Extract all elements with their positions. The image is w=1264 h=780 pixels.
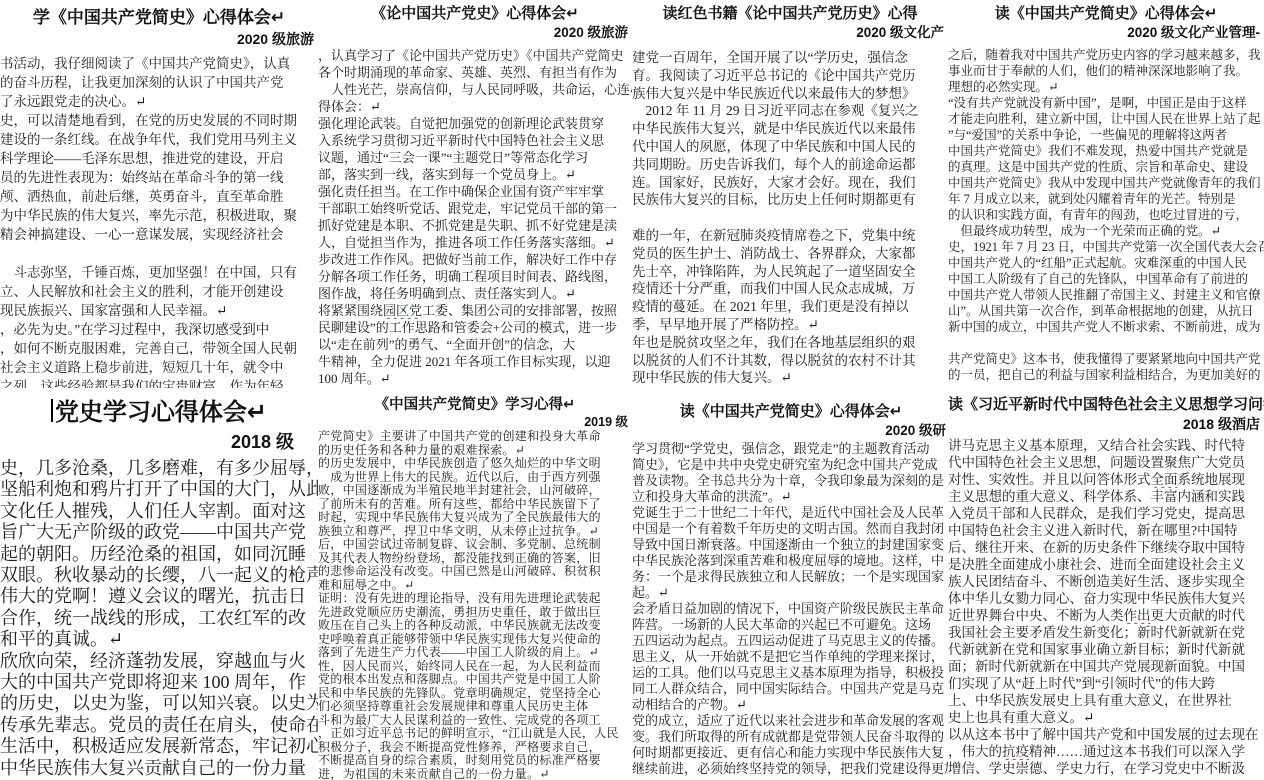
document-body: ，认真学习了《论中国共产党历史》《中国共产党简史各个时期涌现的革命家、英雄、英烈… <box>318 47 632 387</box>
text-line: 败压在自己头上的各种反动派，中华民族就无法改变 <box>318 619 632 633</box>
text-line: 性，因人民而兴，始终同人民在一起，为人民利益而 <box>318 660 632 674</box>
text-line: 的历史任务和各种力量的艰难探索。↵ <box>318 444 632 458</box>
text-line <box>0 244 318 263</box>
class-grade-line: 2018 级 <box>0 430 318 454</box>
text-line: 中国特色社会主义进入新时代，新在哪里?中国特 <box>948 522 1264 539</box>
document-title: 读《习近平新时代中国特色社会主义思想学习问答 <box>948 396 1264 414</box>
document-body: 产党简史》主要讲了中国共产党的创建和投身大革命的历史任务和各种力量的艰难探索。↵… <box>318 430 632 780</box>
text-line: 难的一年，在新冠肺炎疫情席卷之下，党集中统 <box>632 227 948 245</box>
text-line: 以从这本书中了解中国共产党和中国发展的过去现在 <box>948 726 1264 743</box>
document-title: 学《中国共产党简史》心得体会↵ <box>0 8 318 28</box>
text-line: 了前所未有的苦难。所有这些，都给中华民族留下了 <box>318 498 632 512</box>
text-line: 但最终成功转型，成为一个光荣而正确的党。↵ <box>948 223 1264 239</box>
text-line: 的认识和实践方面，有青年的闯劲，也吃过冒进的亏， <box>948 207 1264 223</box>
documents-collage: 学《中国共产党简史》心得体会↵2020 级旅游书活动，我仔细阅读了《中国共产党简… <box>0 0 1264 780</box>
text-line: 现民族振兴、国家富强和人民幸福。↵ <box>0 301 318 320</box>
text-line: 立、人民解放和社会主义的胜利，才能开创建设 <box>0 282 318 301</box>
text-segment: 近世界舞台中央、不断为人类 <box>948 608 1124 623</box>
text-line: 代新就新在党和国家事业确立新目标；新时代新就 <box>948 641 1264 658</box>
text-line: 颅、洒热血，前赴后继，英勇奋斗，直至革命胜 <box>0 187 318 206</box>
document-body: 学习贯彻“学党史，强信念，跟党走”的主题教育活动简史》，它是中共中央党史研究室为… <box>632 441 950 777</box>
text-line: 我国社会主要矛盾发生新变化；新时代新就新在党 <box>948 624 1264 641</box>
text-line: 族伟大复兴是中华民族近代以来最伟大的梦想》 <box>632 85 948 103</box>
text-line: 以“走在前列”的勇气、“全面开创”的信念，大 <box>318 336 632 353</box>
text-line: 中国是一个有着数千年历史的文明古国。然而自我封闭 <box>632 521 950 537</box>
text-line: 败，中国逐渐成为半殖民地半封建社会，山河破碎， <box>318 484 632 498</box>
text-segment: 斗和为 <box>318 714 355 727</box>
text-segment: ，伟大的 <box>948 744 1002 759</box>
text-line: 学习贯彻“学党史，强信念，跟党走”的主题教育活动 <box>632 441 950 457</box>
text-line: 连。国家好，民族好，大家才会好。现在，我们 <box>632 174 948 192</box>
text-line: 中国共产党人的“红船”正式起航。灾难深重的中国人民 <box>948 255 1264 271</box>
text-line: 近世界舞台中央、不断为人类作出更大贡献的时代 <box>948 607 1264 624</box>
text-line: 大的中国共产党即将迎来 100 周年，作 <box>0 672 318 693</box>
text-line: 疫情还十分严重，而我们中国人民众志成城，万 <box>632 280 948 298</box>
text-line: 才能走向胜利，建立新中国，让中国人民在世界上站了起 <box>948 111 1264 127</box>
text-line: 2012 年 11 月 29 日习近平同志在参观《复兴之 <box>632 102 948 120</box>
document-title-text: 《中国共产党简史》学习心得↵ <box>375 397 576 413</box>
text-line: 中华民族沦落到深重苦难和极度屈辱的境地。这样，中 <box>632 553 950 569</box>
document-title: 读《中国共产党简史》心得体会↵ <box>632 403 950 421</box>
text-line: 不断提高自身的综合素质，时刻用党员的标准严格要 <box>318 754 632 768</box>
text-line: 中国共产党简史》我们不难发现，热爱中国共产党就是 <box>948 143 1264 159</box>
text-line: 立和投身大革命的洪流”。↵ <box>632 489 950 505</box>
text-line: 文化任人摧残，人们任人宰割。面对这 <box>0 501 318 522</box>
text-line: 入系统学习贯彻习近平新时代中国特色社会主义思 <box>318 132 632 149</box>
document-body: 之后，随着我对中国共产党历史内容的学习越来越多，我事业而甘于奉献的人们，他们的精… <box>948 47 1264 383</box>
text-line: 难和屈辱之中。↵ <box>318 579 632 593</box>
text-line: 史，可以清楚地看到，在党的历史发展的不同时期 <box>0 111 318 130</box>
text-line: 斗志弥坚，千锤百炼，更加坚强！在中国，只有 <box>0 263 318 282</box>
text-line: 建设的一条红线。在战争年代，我们党用马列主义 <box>0 130 318 149</box>
text-line: 议题，通过“三会一课”“主题党日”等常态化学习 <box>318 149 632 166</box>
document-title-text: 学《中国共产党简史》心得体会↵ <box>33 8 285 27</box>
text-line: 之后，随着我对中国共产党历史内容的学习越来越多，我 <box>948 47 1264 63</box>
text-line: 先士卒，冲锋陷阵，为人民筑起了一道坚固安全 <box>632 263 948 281</box>
document-title: 《论中国共产党史》心得体会↵ <box>318 5 632 23</box>
text-line: 之列。这些经验都是我们的宝贵财富，作为年轻 <box>0 377 318 388</box>
document-title-text: 读《中国共产党简史》心得体会↵ <box>995 5 1218 22</box>
text-line: 欣欣向荣，经济蓬勃发展，穿越血与火 <box>0 651 318 672</box>
text-line: 讲马克思主义基本原理，又结合社会实践、时代特 <box>948 437 1264 454</box>
text-line: 中国工人阶级有了自己的先锋队，中国革命有了前进的 <box>948 271 1264 287</box>
text-line: 会矛盾日益加剧的情况下，中国资产阶级民族民主革命 <box>632 601 950 617</box>
text-segment: 对性、实效性。并且以问答体形式 <box>948 472 1151 487</box>
text-line: 牛精神，全力促进 2021 年各项工作目标实现，以迎 <box>318 353 632 370</box>
text-line: 得体会：↵ <box>318 98 632 115</box>
document-title-text: 读《习近平新时代中国特色社会主义思想学习问答 <box>948 396 1264 413</box>
text-line: 疫情的蔓延。在 2021 年里，我们更是没有掉以 <box>632 298 948 316</box>
text-line: 及其代表人物纷纷登场，都没能找到正确的答案，旧 <box>318 552 632 566</box>
text-line: 继续前进，必须始终坚持党的领导，把我们党建设得更加 <box>632 761 950 777</box>
document-title-text: 党史学习心得体会↵ <box>55 399 267 426</box>
text-line: 动相结合的产物。↵ <box>632 697 950 713</box>
text-line: 思主义，从一开始就不是把它当作单纯的学理来探讨， <box>632 649 950 665</box>
text-line: 变。我们所取得的所有成就都是党带领人民奋斗取得的 <box>632 729 950 745</box>
text-line: 干部职工始终听党话、跟党走，牢记党员干部的第一 <box>318 200 632 217</box>
text-line: 党的成立，适应了近代以来社会进步和革命发展的客观 <box>632 713 950 729</box>
text-line: 们必须坚持尊重社会发展规律和尊重人民历史主体 <box>318 700 632 714</box>
text-line: 普及读物。全书总共分为十章，令我印象最为深刻的是 <box>632 473 950 489</box>
text-line <box>632 209 948 227</box>
text-line: 们实现了从“赶上时代”到“引领时代”的伟大跨 <box>948 675 1264 692</box>
text-segment: 精神……通过这本书我们可以深入学 <box>1029 744 1245 759</box>
text-line: 理想的必然实现。↵ <box>948 79 1264 95</box>
spellcheck-blue-mark: 全面 <box>1151 472 1178 487</box>
document-page-4: 读《中国共产党简史》心得体会↵2020 级文化产业管理-之后，随着我对中国共产党… <box>948 0 1264 388</box>
text-line: 党诞生于二十世纪二十年代，是近代中国社会及人民革 <box>632 505 950 521</box>
text-line: 主义思想的重大意义、科学体系、丰富内涵和实践 <box>948 488 1264 505</box>
text-line: 成为世界上伟大的民族。近代以后，由于西方列强 <box>318 471 632 485</box>
text-line: 山”。从国共第一次合作，到革命根据地的创建，从抗日 <box>948 303 1264 319</box>
text-segment: 系统地展现 <box>1178 472 1246 487</box>
document-title-text: 读《中国共产党简史》心得体会↵ <box>680 403 903 420</box>
text-line: 同工人群众结合，同中国实际结合。中国共产党是马克 <box>632 681 950 697</box>
text-line: 史呼唤着真正能够带领中华民族实现伟大复兴使命的 <box>318 633 632 647</box>
class-grade-line: 2020 级研 <box>632 422 950 439</box>
class-grade-line: 2020 级文化产业管理- <box>948 24 1264 41</box>
text-line: 100 周年。↵ <box>318 370 632 387</box>
text-line: 以脱贫的人们不计其数，得以脱贫的农村不计其 <box>632 352 948 370</box>
text-line: 民族伟大复兴的目标，比历史上任何时期都更有 <box>632 191 948 209</box>
text-line: 的历史，以史为鉴，可以知兴衰。以史为 <box>0 693 318 714</box>
text-line: 的奋斗历程，让我更加深刻的认识了中国共产党 <box>0 73 318 92</box>
text-line: 员的先进性表现为：始终站在革命斗争的第一线 <box>0 168 318 187</box>
document-title-text: 《论中国共产党史》心得体会↵ <box>371 5 579 22</box>
text-line: 精会神搞建设、一心一意谋发展，实现经济社会 <box>0 225 318 244</box>
text-segment: 大人民谋利益的一致性、完成党的各项工 <box>380 714 601 727</box>
text-line: 建党一百周年，全国开展了以“学历史，强信念 <box>632 49 948 67</box>
document-body: 史，几多沧桑，几多磨难，有多少屈辱，坚船利炮和鸦片打开了中国的大门，从此文化任人… <box>0 458 318 779</box>
text-line: ，如何不断克服困难，完善自己，带领全国人民朝 <box>0 339 318 358</box>
text-line: 强化责任担当。在工作中确保企业国有资产牢牢掌 <box>318 183 632 200</box>
text-line: 代中国特色社会主义思想，问题设置聚焦广大党员 <box>948 454 1264 471</box>
text-line: 的悲惨命运没有改变。中国已然是山河破碎、积贫积 <box>318 565 632 579</box>
text-line: 科学理论——毛泽东思想，推进党的建设，开启 <box>0 149 318 168</box>
text-line: 中华民族伟大复兴，就是中华民族近代以来最伟 <box>632 120 948 138</box>
text-line: 步改进工作作风。把做好当前工作，解决好工作中存 <box>318 251 632 268</box>
text-line: 积极分子，我会不断提高党性修养，严格要求自己， <box>318 741 632 755</box>
text-line: 新中国的成立，中国共产党人不断求索、不断前进，成为 <box>948 319 1264 335</box>
text-line: 导致中国日渐衰落。中国逐渐由一个独立的封建国家变 <box>632 537 950 553</box>
text-line: 后，中国尝试过帝制复辟、议会制、多党制、总统制 <box>318 538 632 552</box>
document-page-1: 学《中国共产党简史》心得体会↵2020 级旅游书活动，我仔细阅读了《中国共产党简… <box>0 0 318 388</box>
class-grade-line: 2020 级旅游 <box>0 30 318 48</box>
text-cursor <box>51 399 53 422</box>
text-line: 后、继往开来、在新的历史条件下继续夺取中国特 <box>948 539 1264 556</box>
text-line: 和平的真诚。↵ <box>0 629 318 650</box>
text-line <box>948 335 1264 351</box>
text-line: 斗和为最广大人民谋利益的一致性、完成党的各项工 <box>318 714 632 728</box>
document-page-3: 读红色书籍《论中国共产党历史》心得2020 级文化产建党一百周年，全国开展了以“… <box>632 0 948 388</box>
text-line: 族人民团结奋斗、不断创造美好生活、逐步实现全 <box>948 573 1264 590</box>
document-title-text: 读红色书籍《论中国共产党历史》心得 <box>662 5 917 22</box>
spellcheck-blue-mark: 园区党 <box>383 303 422 318</box>
document-title: 读《中国共产党简史》心得体会↵ <box>948 5 1264 23</box>
text-line: 产党简史》主要讲了中国共产党的创建和投身大革命 <box>318 430 632 444</box>
text-line: 部，落实到一线，落实到每一个党员身上。↵ <box>318 166 632 183</box>
spellcheck-red-mark: 最广 <box>355 714 380 727</box>
text-line: 党员的医生护士、消防战士、各界群众，大家都 <box>632 245 948 263</box>
text-line: 双眼。秋收暴动的长缨，八一起义的枪声 <box>0 565 318 586</box>
document-title: 读红色书籍《论中国共产党历史》心得 <box>632 5 948 23</box>
text-line: 代中国人的夙愿，体现了中华民族和中国人民的 <box>632 138 948 156</box>
text-line: 体中华儿女勠力同心、奋力实现中华民族伟大复兴 <box>948 590 1264 607</box>
class-grade-line: 2019 级 <box>318 414 632 430</box>
text-line: 中华民族伟大复兴贡献自己的一份力量 <box>0 758 318 779</box>
text-line: 党的根本出发点和落脚点。中国共产党是中国工人阶 <box>318 673 632 687</box>
text-line: 书活动，我仔细阅读了《中国共产党简史》，认真 <box>0 54 318 73</box>
text-line: 旨广大无产阶级的政党——中国共产党 <box>0 522 318 543</box>
text-line: 年也是脱贫攻坚之年，我们在各地基层组织的艰 <box>632 334 948 352</box>
text-line: 的真理。这是中国共产党的性质、宗旨和革命史、建设 <box>948 159 1264 175</box>
text-line: 证明：没有先进的理论指导，没有用先进理论武装起 <box>318 592 632 606</box>
text-line: 中国共产党简史》我从中发现中国共产党就像青年的我们 <box>948 175 1264 191</box>
text-line: 合作，统一战线的形成，工农红军的改 <box>0 608 318 629</box>
text-line: 分解各项工作任务，明确工程项目时间表、路线图， <box>318 268 632 285</box>
text-line: 阵营。一场新的人民大革命的兴起已不可避免。这场 <box>632 617 950 633</box>
document-title: 党史学习心得体会↵ <box>0 398 318 428</box>
text-line: 民和中华民族的先锋队。党章明确规定，党坚持全心 <box>318 687 632 701</box>
document-page-7: 读《中国共产党简史》心得体会↵2020 级研学习贯彻“学党史，强信念，跟党走”的… <box>632 388 950 780</box>
text-line: 简史》，它是中共中央党史研究室为纪念中国共产党成 <box>632 457 950 473</box>
text-line: 对性、实效性。并且以问答体形式全面系统地展现 <box>948 471 1264 488</box>
text-segment: 更大贡献的时代 <box>1151 608 1246 623</box>
text-line: 人，自觉担当作为，推进各项工作任务落实落细。↵ <box>318 234 632 251</box>
text-line: 事业而甘于奉献的人们，他们的精神深深地影响了我。 <box>948 63 1264 79</box>
document-title: 《中国共产党简史》学习心得↵ <box>318 396 632 414</box>
text-line: 育。我阅读了习近平总书记的《论中国共产党历 <box>632 67 948 85</box>
text-line: 务：一个是求得民族独立和人民解放；一个是实现国家 <box>632 569 950 585</box>
text-line: 坚船利炮和鸦片打开了中国的大门，从此 <box>0 479 318 500</box>
text-line: 将紧紧围绕园区党工委、集团公司的安排部署，按照 <box>318 302 632 319</box>
text-line: 社会主义道路上稳步前进，短短几十年，就令中 <box>0 358 318 377</box>
text-line: 为中华民族的伟大复兴，率先示范，积极进取，聚 <box>0 206 318 225</box>
text-line: 各个时期涌现的革命家、英雄、英烈、有担当有作为 <box>318 64 632 81</box>
text-line: 五四运动为起点。五四运动促进了马克思主义的传播。 <box>632 633 950 649</box>
text-line: 入党员干部和人民群众，是我们学习党史，提高思 <box>948 505 1264 522</box>
text-line: 史，几多沧桑，几多磨难，有多少屈辱， <box>0 458 318 479</box>
text-line: 年 7 月成立以来，就到处闪耀着青年的光芒。特别是 <box>948 191 1264 207</box>
text-line: 强化理论武装。自觉把加强党的创新理论武装贯穿 <box>318 115 632 132</box>
text-line: 季，早早地开展了严格防控。↵ <box>632 316 948 334</box>
text-line: 进，为祖国的未来贡献自己的一份力量。↵ <box>318 768 632 780</box>
text-line: 传承先辈志。党员的责任在肩头，使命在 <box>0 715 318 736</box>
text-line: 图作战，将任务明确到点、责任落实到人。↵ <box>318 285 632 302</box>
text-line: 的历史发展中，中华民族创造了悠久灿烂的中华文明 <box>318 457 632 471</box>
text-segment: 将紧紧围绕 <box>318 303 383 318</box>
text-line: 人性光芒，崇高信仰，与人民同呼吸，共命运，心连心 <box>318 81 632 98</box>
document-page-6: 《中国共产党简史》学习心得↵2019 级产党简史》主要讲了中国共产党的创建和投身… <box>318 388 632 780</box>
text-line: ，必先为史。”在学习过程中，我深切感受到中 <box>0 320 318 339</box>
document-page-8: 读《习近平新时代中国特色社会主义思想学习问答2018 级酒店讲马克思主义基本原理… <box>948 388 1264 780</box>
text-line: 何时期都更接近、更有信心和能力实现中华民族伟大复 <box>632 745 950 761</box>
text-line: 共同期盼。历史告诉我们，每个人的前途命运都 <box>632 156 948 174</box>
class-grade-line: 2020 级旅游 <box>318 24 632 41</box>
text-line: 是决胜全面建成小康社会、进而全面建设社会主义 <box>948 556 1264 573</box>
text-line: 史上也具有重大意义。↵ <box>948 709 1264 726</box>
class-grade-line: 2020 级文化产 <box>632 24 948 41</box>
text-line: ”与“爱国”的关系中争论，一些偏见的理解将这两者 <box>948 127 1264 143</box>
text-line: ，认真学习了《论中国共产党历史》《中国共产党简史 <box>318 47 632 64</box>
document-page-5: 党史学习心得体会↵2018 级史，几多沧桑，几多磨难，有多少屈辱，坚船利炮和鸦片… <box>0 388 318 780</box>
document-body: 书活动，我仔细阅读了《中国共产党简史》，认真的奋斗历程，让我更加深刻的认识了中国… <box>0 54 318 388</box>
text-line: 抓好党建是本职、不抓党建是失职、抓不好党建是渎 <box>318 217 632 234</box>
text-line: 面；新时代新就新在中国共产党展现新面貌。中国 <box>948 658 1264 675</box>
text-line: 增信、学史崇德、学史力行，在学习党史中不断汲 <box>948 760 1264 777</box>
spellcheck-red-mark: 作出 <box>1124 608 1151 623</box>
document-page-2: 《论中国共产党史》心得体会↵2020 级旅游，认真学习了《论中国共产党历史》《中… <box>318 0 632 388</box>
text-line: 上、中华民族发展史上具有重大意义，在世界社 <box>948 692 1264 709</box>
text-line: 伟大的党啊！遵义会议的曙光，抗击日 <box>0 586 318 607</box>
class-grade-line: 2018 级酒店 <box>948 415 1264 433</box>
document-body: 讲马克思主义基本原理，又结合社会实践、时代特代中国特色社会主义思想，问题设置聚焦… <box>948 437 1264 777</box>
text-line: 的一员，把自己的利益与国家利益相结合，为更加美好的 <box>948 367 1264 383</box>
text-line: 先进政党顺应历史潮流，勇担历史重任，敢于做出巨 <box>318 606 632 620</box>
text-line: “没有共产党就没有新中国”，是啊，中国正是由于这样 <box>948 95 1264 111</box>
document-body: 建党一百周年，全国开展了以“学历史，强信念育。我阅读了习近平总书记的《论中国共产… <box>632 49 948 387</box>
text-line: ，伟大的抗疫精神……通过这本书我们可以深入学 <box>948 743 1264 760</box>
text-line: 史，1921 年 7 月 23 日，中国共产党第一次全国代表大会召 <box>948 239 1264 255</box>
text-line: 生活中，积极适应发展新常态，牢记初心 <box>0 736 318 757</box>
text-line: 现中华民族的伟大复兴。↵ <box>632 369 948 387</box>
text-line: 起。↵ <box>632 585 950 601</box>
text-line: 起的朝阳。历经沧桑的祖国，如同沉睡 <box>0 544 318 565</box>
text-line: ，正如习近平总书记的鲜明宣示，“江山就是人民，人民 <box>318 727 632 741</box>
text-line: 时起，实现中华民族伟大复兴成为了全民族最伟大的 <box>318 511 632 525</box>
spellcheck-red-mark: 抗疫 <box>1002 744 1029 759</box>
text-line: 落到了先进生产力代表——中国工人阶级的肩上。↵ <box>318 646 632 660</box>
text-line: 共产党简史》这本书，使我懂得了要紧紧地向中国共产党 <box>948 351 1264 367</box>
text-line: 运的工具。他们以马克思主义基本原理为指导，积极投 <box>632 665 950 681</box>
text-line: 民聊建设”的工作思路和管委会+公司的模式，进一步 <box>318 319 632 336</box>
text-line: 中国共产党人带领人民推翻了帝国主义、封建主义和官僚 <box>948 287 1264 303</box>
text-line: 族独立和尊严，捍卫中华文明，从未停止过抗争。↵ <box>318 525 632 539</box>
text-segment: 工委、集团公司的安排部署，按照 <box>422 303 617 318</box>
text-line: 了永远跟党走的决心。↵ <box>0 92 318 111</box>
